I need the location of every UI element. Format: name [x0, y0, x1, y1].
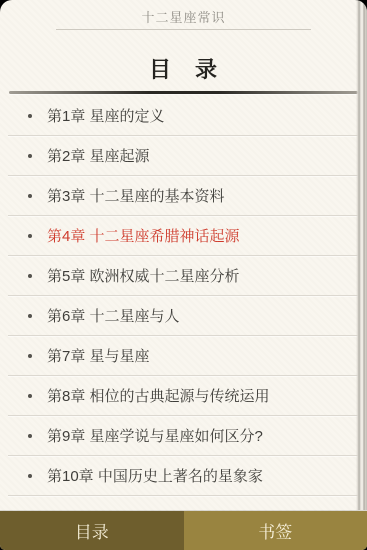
toc-item-chapter-7[interactable]: 第7章 星与星座	[8, 336, 359, 376]
toc-item-label: 第10章 中国历史上著名的星象家	[47, 465, 263, 486]
bullet-icon	[28, 474, 32, 478]
bullet-icon	[28, 234, 32, 238]
toc-item-chapter-6[interactable]: 第6章 十二星座与人	[8, 296, 359, 336]
bullet-icon	[28, 314, 32, 318]
toc-item-label: 第5章 欧洲权威十二星座分析	[47, 265, 240, 286]
toc-item-label: 第3章 十二星座的基本资料	[47, 185, 225, 206]
toc-divider	[9, 91, 358, 94]
bullet-icon	[28, 274, 32, 278]
toc-item-chapter-1[interactable]: 第1章 星座的定义	[8, 96, 359, 136]
bullet-icon	[28, 114, 32, 118]
toc-item-label: 第9章 星座学说与星座如何区分?	[47, 425, 263, 446]
toc-heading: 目 录	[0, 56, 367, 84]
toc-item-chapter-3[interactable]: 第3章 十二星座的基本资料	[8, 176, 359, 216]
toc-item-chapter-5[interactable]: 第5章 欧洲权威十二星座分析	[8, 256, 359, 296]
bullet-icon	[28, 394, 32, 398]
toc-item-label: 第6章 十二星座与人	[47, 305, 180, 326]
device-frame: 十二星座常识 目 录 第1章 星座的定义 第2章 星座起源 第3章 十二星座的基…	[0, 0, 367, 550]
toc-item-label: 第1章 星座的定义	[47, 105, 165, 126]
bottom-tabbar: 目录 书签	[0, 510, 367, 550]
tab-bookmarks[interactable]: 书签	[184, 511, 367, 550]
toc-item-label: 第4章 十二星座希腊神话起源	[47, 225, 240, 246]
toc-list: 第1章 星座的定义 第2章 星座起源 第3章 十二星座的基本资料 第4章 十二星…	[8, 96, 359, 496]
tab-toc[interactable]: 目录	[0, 511, 184, 550]
reader-page: 十二星座常识 目 录 第1章 星座的定义 第2章 星座起源 第3章 十二星座的基…	[0, 0, 367, 550]
toc-item-label: 第2章 星座起源	[47, 145, 150, 166]
header: 十二星座常识	[0, 0, 367, 30]
toc-item-chapter-2[interactable]: 第2章 星座起源	[8, 136, 359, 176]
toc-item-chapter-10[interactable]: 第10章 中国历史上著名的星象家	[8, 456, 359, 496]
bullet-icon	[28, 154, 32, 158]
book-title: 十二星座常识	[0, 9, 367, 27]
bullet-icon	[28, 194, 32, 198]
toc-item-label: 第7章 星与星座	[47, 345, 150, 366]
bullet-icon	[28, 354, 32, 358]
toc-item-chapter-4[interactable]: 第4章 十二星座希腊神话起源	[8, 216, 359, 256]
toc-item-chapter-8[interactable]: 第8章 相位的古典起源与传统运用	[8, 376, 359, 416]
header-divider	[56, 29, 311, 30]
bullet-icon	[28, 434, 32, 438]
toc-item-label: 第8章 相位的古典起源与传统运用	[47, 385, 270, 406]
toc-item-chapter-9[interactable]: 第9章 星座学说与星座如何区分?	[8, 416, 359, 456]
